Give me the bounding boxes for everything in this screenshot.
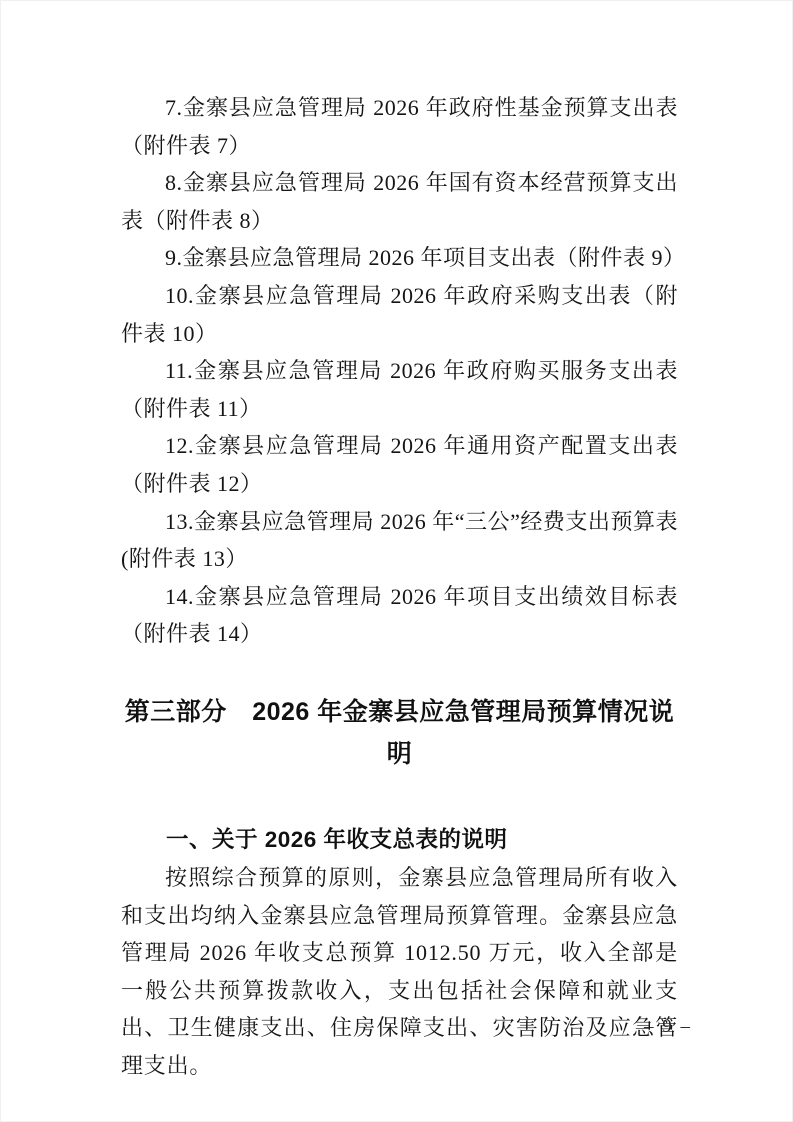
page-number: – 9 – [644,1013,692,1041]
attachment-item-8: 8.金寨县应急管理局 2026 年国有资本经营预算支出表（附件表 8） [121,164,678,239]
document-page: 7.金寨县应急管理局 2026 年政府性基金预算支出表（附件表 7） 8.金寨县… [0,0,793,1122]
attachment-item-10: 10.金寨县应急管理局 2026 年政府采购支出表（附件表 10） [121,277,678,352]
attachment-item-7: 7.金寨县应急管理局 2026 年政府性基金预算支出表（附件表 7） [121,89,678,164]
subsection-heading: 一、关于 2026 年收支总表的说明 [121,821,678,859]
attachment-item-11: 11.金寨县应急管理局 2026 年政府购买服务支出表（附件表 11） [121,352,678,427]
body-paragraph: 按照综合预算的原则，金寨县应急管理局所有收入和支出均纳入金寨县应急管理局预算管理… [121,859,678,1085]
attachment-item-14: 14.金寨县应急管理局 2026 年项目支出绩效目标表（附件表 14） [121,578,678,653]
attachment-item-13: 13.金寨县应急管理局 2026 年“三公”经费支出预算表(附件表 13） [121,503,678,578]
attachment-item-9: 9.金寨县应急管理局 2026 年项目支出表（附件表 9） [121,239,678,277]
section-heading: 第三部分 2026 年金寨县应急管理局预算情况说明 [121,691,678,775]
attachment-item-12: 12.金寨县应急管理局 2026 年通用资产配置支出表（附件表 12） [121,427,678,502]
page-content: 7.金寨县应急管理局 2026 年政府性基金预算支出表（附件表 7） 8.金寨县… [121,89,678,1084]
